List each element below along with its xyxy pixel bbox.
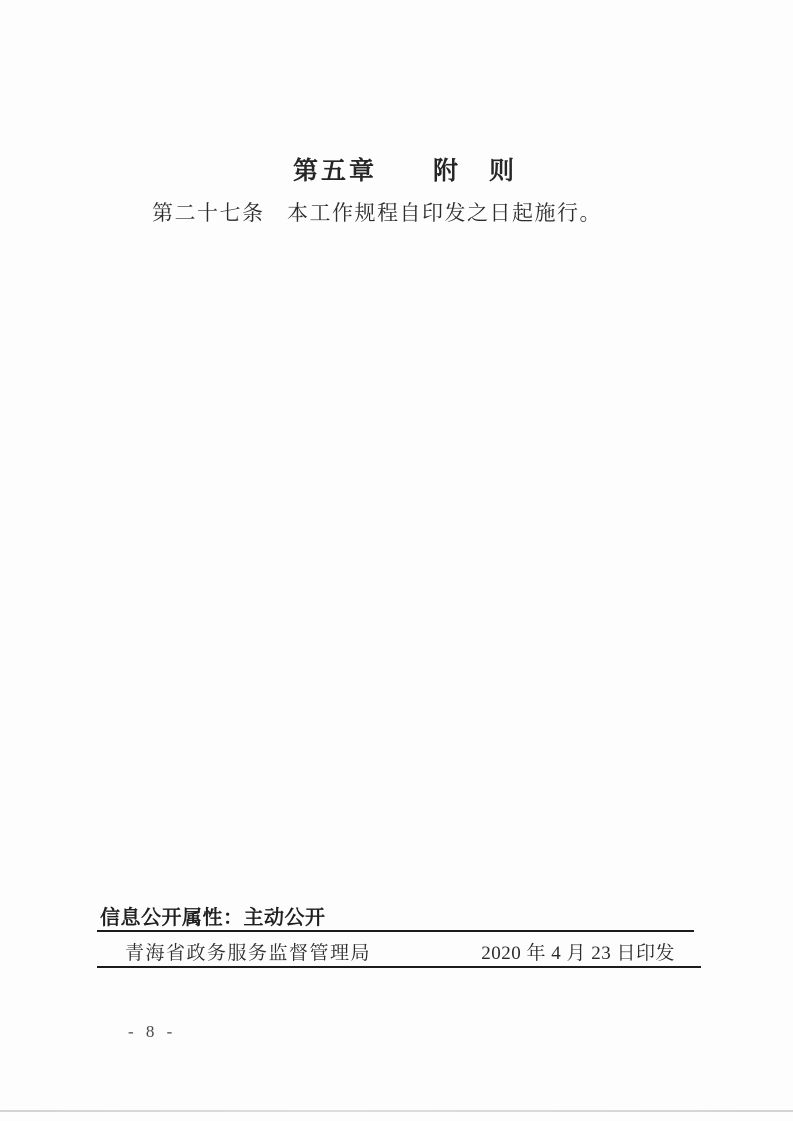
disclosure-attribute-line: 信息公开属性：主动公开 (100, 901, 326, 930)
disclosure-label: 信息公开属性： (100, 907, 244, 929)
print-date: 2020 年 4 月 23 日印发 (481, 938, 682, 965)
issuing-agency: 青海省政务服务监督管理局 (97, 938, 371, 965)
chapter-heading: 第五章 附 则 (0, 151, 793, 187)
imprint-row: 青海省政务服务监督管理局 2020 年 4 月 23 日印发 (97, 938, 682, 965)
disclosure-value: 主动公开 (244, 907, 326, 929)
page-number: - 8 - (128, 1022, 176, 1042)
document-page: 第五章 附 则 第二十七条 本工作规程自印发之日起施行。 信息公开属性：主动公开… (0, 0, 793, 1121)
article-paragraph: 第二十七条 本工作规程自印发之日起施行。 (152, 197, 712, 227)
separator-line-bottom (97, 966, 701, 968)
scanner-edge-artifact (0, 1110, 793, 1112)
separator-line-top (97, 930, 694, 932)
